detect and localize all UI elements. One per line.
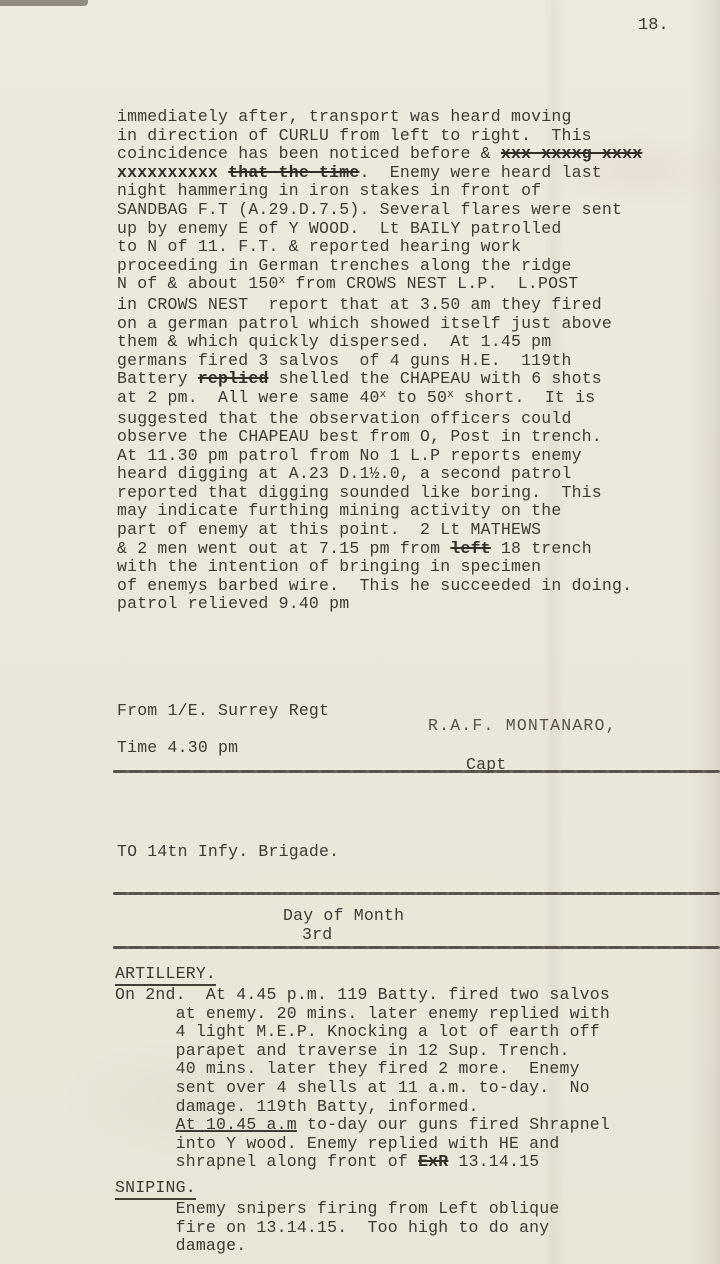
text-line: immediately after, transport was heard m…: [117, 108, 642, 127]
text-line: at enemy. 20 mins. later enemy replied w…: [115, 1005, 610, 1024]
text-line: at 2 pm. All were same 40x to 50x short.…: [117, 389, 642, 410]
text-line: damage. 119th Batty, informed.: [115, 1098, 610, 1117]
from-line: From 1/E. Surrey Regt: [117, 701, 329, 720]
report-body: immediately after, transport was heard m…: [117, 108, 642, 614]
text-line: reported that digging sounded like borin…: [117, 484, 642, 503]
text-line: night hammering in iron stakes in front …: [117, 182, 642, 201]
sniping-heading: SNIPING.: [115, 1178, 196, 1200]
horizontal-rule-2: [113, 892, 720, 895]
text-line: fire on 13.14.15. Too high to do any: [115, 1219, 559, 1238]
text-line: with the intention of bringing in specim…: [117, 558, 642, 577]
text-line: Enemy snipers firing from Left oblique: [115, 1200, 559, 1219]
page-number: 18.: [638, 16, 669, 35]
text-line: At 10.45 a.m to-day our guns fired Shrap…: [115, 1116, 610, 1135]
document-page: 18. immediately after, transport was hea…: [0, 0, 720, 1264]
text-line: into Y wood. Enemy replied with HE and: [115, 1135, 610, 1154]
text-line: them & which quickly dispersed. At 1.45 …: [117, 333, 642, 352]
text-line: 4 light M.E.P. Knocking a lot of earth o…: [115, 1023, 610, 1042]
text-line: germans fired 3 salvos of 4 guns H.E. 11…: [117, 352, 642, 371]
text-line: of enemys barbed wire. This he succeeded…: [117, 577, 642, 596]
text-line: up by enemy E of Y WOOD. Lt BAILY patrol…: [117, 220, 642, 239]
horizontal-rule-1: [113, 770, 720, 773]
signature-name: R.A.F. MONTANARO,: [428, 716, 617, 735]
text-line: patrol relieved 9.40 pm: [117, 595, 642, 614]
text-line: On 2nd. At 4.45 p.m. 119 Batty. fired tw…: [115, 986, 610, 1005]
sniping-heading-text: SNIPING.: [115, 1178, 196, 1200]
text-line: part of enemy at this point. 2 Lt MATHEW…: [117, 521, 642, 540]
time-line: Time 4.30 pm: [117, 738, 238, 757]
text-line: xxxxxxxxxx that the time. Enemy were hea…: [117, 164, 642, 183]
artillery-body: On 2nd. At 4.45 p.m. 119 Batty. fired tw…: [115, 986, 610, 1172]
text-line: shrapnel along front of ExR 13.14.15: [115, 1153, 610, 1172]
sniping-body: Enemy snipers firing from Left oblique f…: [115, 1200, 559, 1256]
text-line: heard digging at A.23 D.1½.0, a second p…: [117, 465, 642, 484]
text-line: proceeding in German trenches along the …: [117, 257, 642, 276]
text-line: & 2 men went out at 7.15 pm from left 18…: [117, 540, 642, 559]
text-line: on a german patrol which showed itself j…: [117, 315, 642, 334]
text-line: suggested that the observation officers …: [117, 410, 642, 429]
text-line: SANDBAG F.T (A.29.D.7.5). Several flares…: [117, 201, 642, 220]
text-line: 40 mins. later they fired 2 more. Enemy: [115, 1060, 610, 1079]
day-of-month-label: Day of Month: [283, 906, 404, 925]
text-line: in CROWS NEST report that at 3.50 am the…: [117, 296, 642, 315]
text-line: sent over 4 shells at 11 a.m. to-day. No: [115, 1079, 610, 1098]
day-of-month-value: 3rd: [302, 925, 332, 944]
artillery-heading-text: ARTILLERY.: [115, 964, 216, 986]
artillery-heading: ARTILLERY.: [115, 964, 216, 986]
text-line: damage.: [115, 1237, 559, 1256]
text-line: may indicate furthing mining activity on…: [117, 502, 642, 521]
addressee-line: TO 14tn Infy. Brigade.: [117, 842, 339, 861]
text-line: in direction of CURLU from left to right…: [117, 127, 642, 146]
text-line: At 11.30 pm patrol from No 1 L.P reports…: [117, 447, 642, 466]
horizontal-rule-3: [113, 946, 720, 949]
text-line: observe the CHAPEAU best from O, Post in…: [117, 428, 642, 447]
text-line: N of & about 150x from CROWS NEST L.P. L…: [117, 275, 642, 296]
text-line: to N of 11. F.T. & reported hearing work: [117, 238, 642, 257]
text-line: coincidence has been noticed before & xx…: [117, 145, 642, 164]
text-line: parapet and traverse in 12 Sup. Trench.: [115, 1042, 610, 1061]
